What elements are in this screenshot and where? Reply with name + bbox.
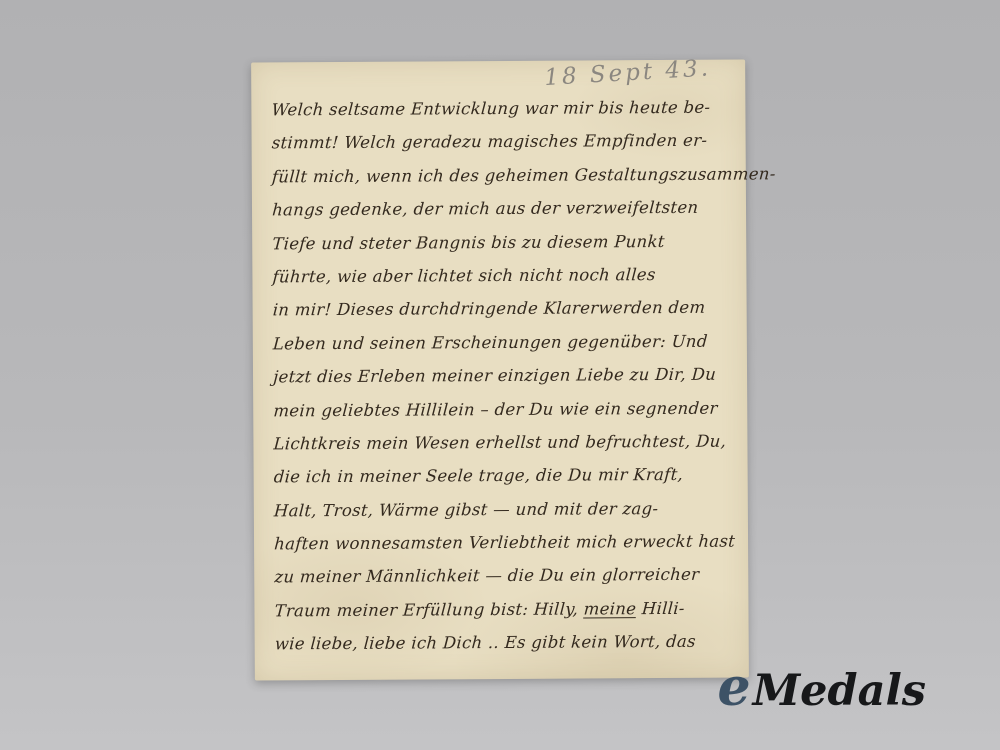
letter-page: 18 Sept 43. Welch seltsame Entwicklung w… xyxy=(251,59,749,680)
emedals-logo-name: Medals xyxy=(753,666,926,716)
letter-line: Lichtkreis mein Wesen erhellst und befru… xyxy=(273,424,743,460)
letter-line: wie liebe, liebe ich Dich .. Es gibt kei… xyxy=(274,625,744,661)
letter-line: die ich in meiner Seele trage, die Du mi… xyxy=(273,458,743,494)
handwritten-date: 18 Sept 43. xyxy=(544,55,712,91)
letter-line: haften wonnesamsten Verliebtheit mich er… xyxy=(273,525,743,561)
letter-line: in mir! Dieses durchdringende Klarerwerd… xyxy=(272,291,742,327)
letter-photo: 18 Sept 43. Welch seltsame Entwicklung w… xyxy=(0,0,1000,750)
emedals-logo-e: e xyxy=(717,657,750,718)
letter-line: zu meiner Männlichkeit — die Du ein glor… xyxy=(273,558,743,594)
letter-line: jetzt dies Erleben meiner einzigen Liebe… xyxy=(272,358,742,394)
letter-line: füllt mich, wenn ich des geheimen Gestal… xyxy=(271,157,741,193)
letter-line: Traum meiner Erfüllung bist: Hilly, mein… xyxy=(274,591,744,627)
letter-line: Welch seltsame Entwicklung war mir bis h… xyxy=(271,91,741,127)
letter-body: Welch seltsame Entwicklung war mir bis h… xyxy=(270,91,741,661)
emedals-watermark: eMedals xyxy=(717,662,926,714)
letter-line-segment: Traum meiner Erfüllung bist: Hilly, xyxy=(274,599,584,620)
letter-line: Tiefe und steter Bangnis bis zu diesem P… xyxy=(271,224,741,260)
letter-line: Halt, Trost, Wärme gibst — und mit der z… xyxy=(273,491,743,527)
letter-line: Leben und seinen Erscheinungen gegenüber… xyxy=(272,324,742,360)
letter-line: hangs gedenke, der mich aus der verzweif… xyxy=(271,191,741,227)
letter-line: führte, wie aber lichtet sich nicht noch… xyxy=(272,257,742,293)
letter-line-segment: Hilli- xyxy=(636,599,686,618)
letter-line: stimmt! Welch geradezu magisches Empfind… xyxy=(271,124,741,160)
letter-line: mein geliebtes Hillilein – der Du wie ei… xyxy=(272,391,742,427)
underlined-word: meine xyxy=(583,599,637,618)
